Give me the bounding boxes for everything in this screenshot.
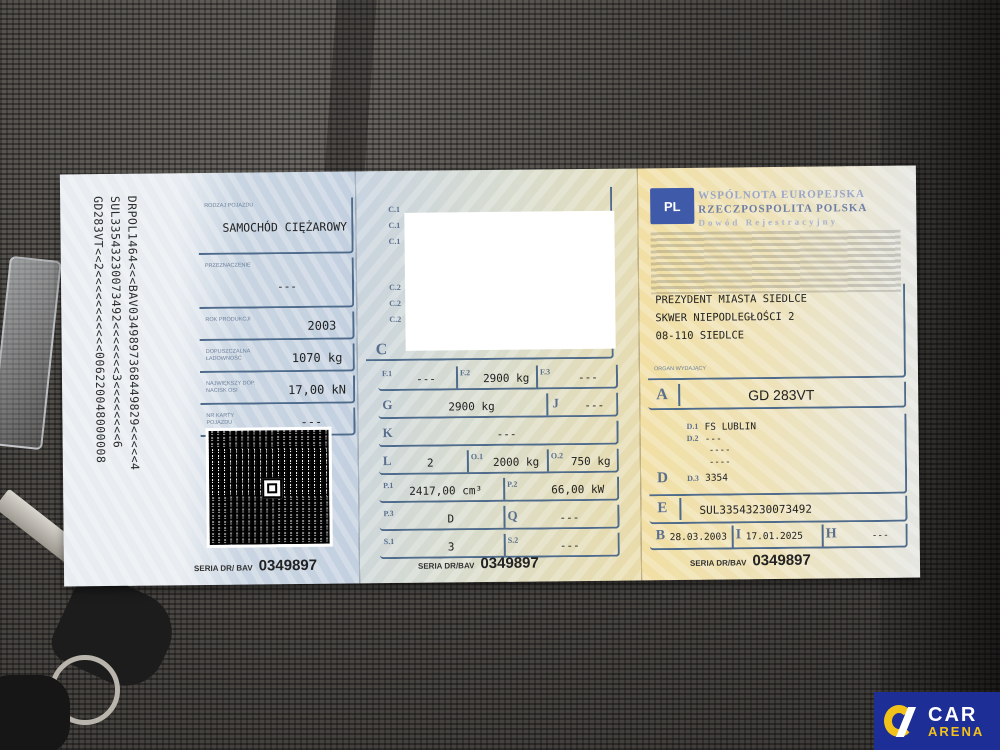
a-code: A	[656, 386, 668, 404]
h-code: H	[826, 526, 837, 542]
issuer-line-3: 08-110 SIEDLCE	[656, 329, 745, 342]
serial-number: SERIA DR/BAV 0349897	[690, 552, 811, 570]
machine-readable-zone: DRPOL1464<<<BAV0349897368449829<<<<<4 SU…	[78, 196, 144, 567]
g-code: G	[382, 397, 392, 413]
production-year-label: ROK PRODUKCJI	[205, 316, 255, 324]
divider	[503, 506, 505, 528]
divider	[536, 365, 538, 387]
car-arena-logo-icon	[884, 703, 920, 739]
o2-value: 750 kg	[571, 455, 611, 468]
l-code: L	[383, 453, 392, 469]
dates-row: B 28.03.2003 I 17.01.2025 H ---	[650, 524, 908, 551]
f3-value: ---	[578, 371, 598, 384]
serial-number: SERIA DR/ BAV 0349897	[194, 557, 317, 575]
i-code: I	[736, 527, 742, 543]
d1-value: FS LUBLIN	[704, 421, 756, 433]
issuer-label: ORGAN WYDAJĄCY	[654, 366, 706, 374]
production-year-field: ROK PRODUKCJI 2003	[199, 311, 354, 341]
production-year-value: 2003	[307, 319, 336, 333]
axle-load-value: 17,00 kN	[288, 383, 346, 398]
watermark-line-1: CAR	[928, 705, 984, 725]
d2-extra-1: ----	[709, 445, 731, 455]
c2-label: C.2	[389, 315, 401, 324]
j-code: J	[552, 395, 559, 411]
vehicle-type-value: SAMOCHÓD CIĘŻAROWY	[222, 219, 347, 234]
e-code: E	[657, 500, 667, 517]
f3-code: F.3	[540, 367, 550, 376]
f-row: F.1 --- F.2 2900 kg F.3 ---	[378, 365, 618, 392]
s1-code: S.1	[384, 537, 395, 546]
f1-value: ---	[416, 373, 436, 386]
c2-label: C.2	[389, 299, 401, 308]
e-row: E SUL33543230073492	[649, 496, 907, 525]
c1-label: C.1	[388, 221, 400, 230]
serial-value: 0349897	[752, 552, 811, 570]
qr-code	[206, 427, 333, 548]
o2-code: O.2	[551, 451, 563, 460]
h-value: ---	[872, 530, 889, 541]
eu-flag-icon: PL	[650, 188, 694, 224]
g-value: 2900 kg	[448, 400, 494, 413]
vehicle-card-label: NR KARTY POJAZDU	[206, 413, 251, 427]
divider	[546, 393, 548, 415]
purpose-field: PRZEZNACZENIE ---	[199, 257, 355, 309]
p1-value: 2417,00 cm³	[409, 484, 482, 498]
divider	[822, 525, 824, 547]
d2-value: ---	[705, 434, 722, 445]
vin-value: SUL33543230073492	[699, 503, 812, 517]
divider	[732, 525, 734, 547]
k-value: ---	[497, 428, 517, 441]
f2-value: 2900 kg	[483, 372, 529, 385]
make-field: D.1 FS LUBLIN D.2 --- ---- ---- D D.3 33…	[648, 414, 907, 497]
serial-value: 0349897	[480, 554, 539, 572]
divider	[467, 450, 469, 472]
c2-label: C.2	[389, 283, 401, 292]
d2-code: D.2	[687, 434, 699, 443]
p2-value: 66,00 kW	[551, 483, 604, 497]
keyfob-case	[0, 256, 62, 450]
owner-field: C.1 C.1 C.1 C.2 C.2 C.2 TERESPOLSKA 12 C	[364, 187, 614, 362]
registration-number: GD 283VT	[748, 387, 814, 404]
serial-label: SERIA DR/ BAV	[194, 563, 253, 573]
f1-code: F.1	[382, 369, 392, 378]
middle-panel: C.1 C.1 C.1 C.2 C.2 C.2 TERESPOLSKA 12 C…	[355, 168, 641, 583]
p3-code: P.3	[383, 509, 393, 518]
vehicle-type-label: RODZAJ POJAZDU	[204, 202, 253, 210]
l-row: L 2 O.1 2000 kg O.2 750 kg	[379, 449, 619, 476]
d1-code: D.1	[686, 422, 698, 431]
divider	[547, 449, 549, 471]
axle-load-label: NAJWIĘKSZY DOP. NACISK OSI	[206, 380, 276, 395]
header-line-2: RZECZPOSPOLITA POLSKA	[698, 202, 867, 216]
payload-label: DOPUSZCZALNA ŁADOWNOŚĆ	[206, 348, 261, 363]
divider	[503, 478, 505, 500]
vehicle-type-field: RODZAJ POJAZDU SAMOCHÓD CIĘŻAROWY	[198, 197, 354, 255]
issuer-field: PREZYDENT MIASTA SIEDLCE SKWER NIEPODLEG…	[647, 284, 906, 381]
p2-code: P.2	[507, 480, 517, 489]
divider	[678, 384, 680, 406]
k-code: K	[383, 425, 393, 441]
second-key-head	[0, 675, 70, 750]
d3-code: D.3	[687, 474, 699, 483]
o1-value: 2000 kg	[493, 455, 539, 468]
country-code: PL	[664, 198, 681, 213]
d-code: D	[657, 470, 668, 487]
k-row: K ---	[378, 421, 618, 448]
divider	[456, 366, 458, 388]
watermark-line-2: ARENA	[928, 725, 984, 738]
serial-value: 0349897	[259, 557, 318, 575]
qr-center-marker	[262, 478, 282, 498]
seat-seam	[323, 0, 376, 190]
divider	[504, 534, 506, 556]
j-value: ---	[584, 399, 604, 412]
axle-load-field: NAJWIĘKSZY DOP. NACISK OSI 17,00 kN	[200, 375, 355, 405]
d3-value: 3354	[705, 473, 728, 484]
purpose-value: ---	[277, 280, 297, 293]
l-value: 2	[427, 457, 434, 470]
issue-date: 17.01.2025	[746, 531, 803, 543]
q-value: ---	[559, 511, 579, 524]
right-panel: PL WSPÓLNOTA EUROPEJSKA RZECZPOSPOLITA P…	[637, 166, 920, 581]
header-line-1: WSPÓLNOTA EUROPEJSKA	[698, 188, 865, 202]
registration-document: DRPOL1464<<<BAV0349897368449829<<<<<4 SU…	[60, 166, 920, 587]
redaction-box	[404, 211, 615, 351]
serial-label: SERIA DR/BAV	[690, 558, 747, 568]
p1-code: P.1	[383, 481, 393, 490]
a-row: A GD 283VT	[648, 382, 906, 411]
payload-value: 1070 kg	[292, 351, 343, 366]
c1-label: C.1	[388, 205, 400, 214]
serial-number: SERIA DR/BAV 0349897	[418, 554, 539, 572]
s2-value: ---	[560, 539, 580, 552]
q-code: Q	[507, 508, 517, 524]
c-code: C	[376, 341, 388, 359]
d2-extra-2: ----	[709, 457, 731, 467]
p3-value: D	[447, 512, 454, 525]
c1-label: C.1	[389, 237, 401, 246]
f2-code: F.2	[460, 368, 470, 377]
g-row: G 2900 kg J ---	[378, 393, 618, 420]
s2-code: S.2	[508, 536, 519, 545]
payload-field: DOPUSZCZALNA ŁADOWNOŚĆ 1070 kg	[200, 343, 355, 373]
divider	[679, 498, 681, 520]
issuer-line-1: PREZYDENT MIASTA SIEDLCE	[655, 293, 807, 307]
car-arena-watermark: CAR ARENA	[874, 692, 1000, 750]
header-line-3: Dowód Rejestracyjny	[698, 216, 838, 227]
p-row: P.1 2417,00 cm³ P.2 66,00 kW	[379, 477, 619, 504]
left-panel: DRPOL1464<<<BAV0349897368449829<<<<<4 SU…	[60, 171, 359, 586]
issuer-line-2: SKWER NIEPODLEGŁOŚCI 2	[655, 311, 794, 324]
b-code: B	[656, 528, 666, 544]
o1-code: O.1	[471, 452, 483, 461]
p3-row: P.3 D Q ---	[379, 505, 619, 532]
serial-label: SERIA DR/BAV	[418, 561, 475, 571]
s1-value: 3	[448, 540, 455, 553]
first-registration-date: 28.03.2003	[670, 532, 727, 544]
purpose-label: PRZEZNACZENIE	[205, 263, 251, 270]
